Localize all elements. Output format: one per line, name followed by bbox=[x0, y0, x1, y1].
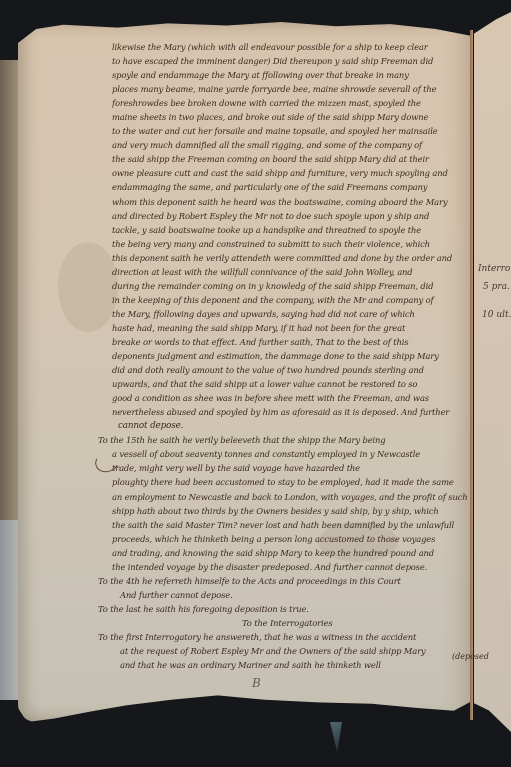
text-line: owne pleasure cutt and cast the said shi… bbox=[112, 166, 472, 180]
text-line: haste had, meaning the said shipp Mary, … bbox=[112, 321, 472, 335]
text-line: good a condition as shee was in before s… bbox=[112, 391, 472, 405]
text-line: the intended voyage by the disaster pred… bbox=[112, 560, 472, 574]
text-line: upwards, and that the said shipp at a lo… bbox=[112, 377, 472, 391]
paragraph-start-line: To the first Interrogatory he answereth,… bbox=[98, 630, 472, 644]
text-line: and that he was an ordinary Mariner and … bbox=[112, 658, 472, 672]
text-line: and very much damnified all the small ri… bbox=[112, 138, 472, 152]
page-mark: B bbox=[252, 676, 261, 690]
text-line: ploughty there had been accustomed to st… bbox=[112, 475, 472, 489]
text-line: foreshrowdes bee broken downe with carri… bbox=[112, 96, 472, 110]
text-line: during the remainder coming on in y know… bbox=[112, 279, 472, 293]
catchword: (deposed bbox=[452, 652, 489, 661]
text-line: deponents judgment and estimation, the d… bbox=[112, 349, 472, 363]
facing-margin-note: 5 pra. bbox=[483, 282, 510, 292]
text-line: tackle, y said boatswaine tooke up a han… bbox=[112, 223, 472, 237]
text-line: an employment to Newcastle and back to L… bbox=[112, 490, 472, 504]
text-line: to have escaped the imminent danger) Did… bbox=[112, 54, 472, 68]
paragraph-start-line: To the 15th he saith he verily beleeveth… bbox=[98, 433, 472, 447]
text-line: direction at least with the willfull con… bbox=[112, 265, 472, 279]
text-line: shipp hath about two thirds by the Owner… bbox=[112, 504, 472, 518]
section-heading: To the Interrogatories bbox=[112, 616, 472, 630]
text-line: nevertheless abused and spoyled by him a… bbox=[112, 405, 472, 419]
text-line: and directed by Robert Espley the Mr not… bbox=[112, 209, 472, 223]
paper-stain bbox=[58, 242, 118, 332]
paragraph-start-line: To the 4th he referreth himselfe to the … bbox=[98, 574, 472, 588]
text-line: endammaging the same, and particularly o… bbox=[112, 180, 472, 194]
text-line: and trading, and knowing the said shipp … bbox=[112, 546, 472, 560]
text-line: at the request of Robert Espley Mr and t… bbox=[112, 644, 472, 658]
text-line: cannot depose. bbox=[112, 419, 472, 433]
facing-page bbox=[474, 12, 511, 732]
text-line: this deponent saith he verily attendeth … bbox=[112, 251, 472, 265]
text-line: the Mary, ffollowing dayes and upwards, … bbox=[112, 307, 472, 321]
text-line: spoyle and endammage the Mary at ffollow… bbox=[112, 68, 472, 82]
facing-margin-note: 10 ult. bbox=[482, 310, 511, 320]
text-line: likewise the Mary (which with all endeav… bbox=[112, 40, 472, 54]
text-line: breake or words to that effect. And furt… bbox=[112, 335, 472, 349]
background-object bbox=[330, 722, 342, 752]
text-line: in the keeping of this deponent and the … bbox=[112, 293, 472, 307]
manuscript-text: likewise the Mary (which with all endeav… bbox=[112, 40, 472, 672]
text-line: trade, might very well by the said voyag… bbox=[112, 461, 472, 475]
paragraph-start-line: To the last he saith his foregoing depos… bbox=[98, 602, 472, 616]
text-line: to the water and cut her forsaile and ma… bbox=[112, 124, 472, 138]
text-line: the being very many and constrained to s… bbox=[112, 237, 472, 251]
text-line: maine sheets in two places, and broke ou… bbox=[112, 110, 472, 124]
facing-margin-note: Interrog. bbox=[478, 264, 511, 274]
text-line: the said shipp the Freeman coming on boa… bbox=[112, 152, 472, 166]
text-line: proceeds, which he thinketh being a pers… bbox=[112, 532, 472, 546]
text-line: places many beame, maine yarde forryarde… bbox=[112, 82, 472, 96]
text-line: And further cannot depose. bbox=[112, 588, 472, 602]
text-line: did and doth really amount to the value … bbox=[112, 363, 472, 377]
text-line: a vessell of about seaventy tonnes and c… bbox=[112, 447, 472, 461]
text-line: the saith the said Master Tim? never los… bbox=[112, 518, 472, 532]
text-line: whom this deponent saith he heard was th… bbox=[112, 195, 472, 209]
